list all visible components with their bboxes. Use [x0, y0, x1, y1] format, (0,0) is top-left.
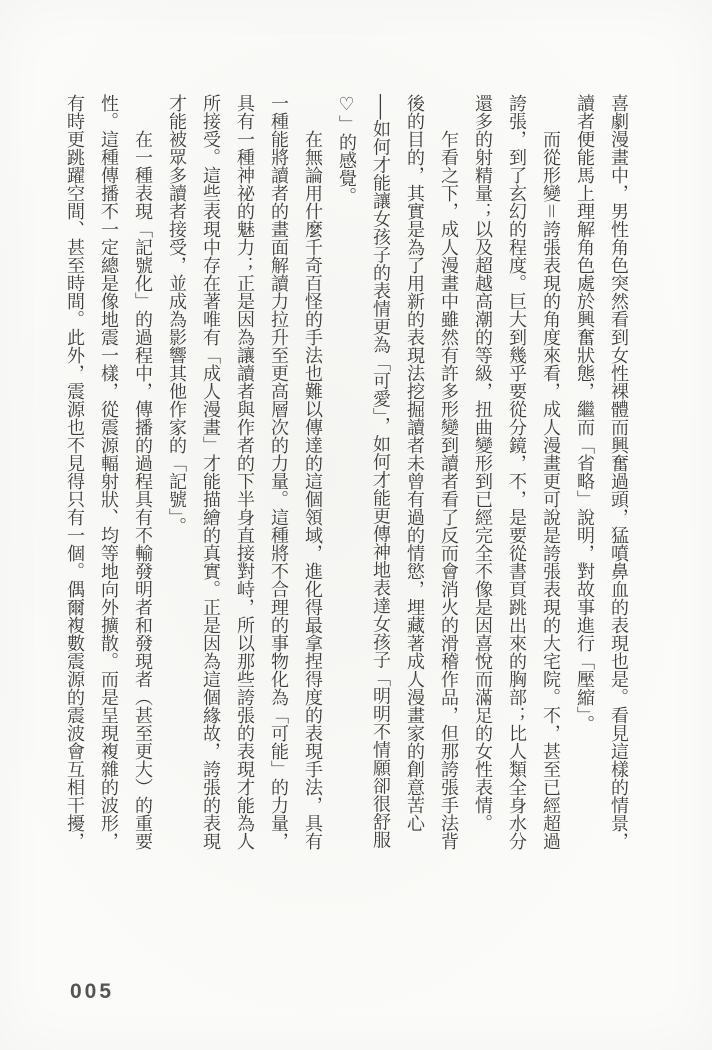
paragraph-1: 喜劇漫畫中，男性角色突然看到女性裸體而興奮過頭，猛噴鼻血的表現也是。看見這樣的情…	[568, 94, 636, 851]
body-text: 喜劇漫畫中，男性角色突然看到女性裸體而興奮過頭，猛噴鼻血的表現也是。看見這樣的情…	[58, 94, 636, 851]
book-page: 喜劇漫畫中，男性角色突然看到女性裸體而興奮過頭，猛噴鼻血的表現也是。看見這樣的情…	[0, 0, 712, 1050]
paragraph-3: 乍看之下，成人漫畫中雖然有許多形變到讀者看了反而會消火的滑稽作品，但那誇張手法背…	[330, 94, 466, 851]
paragraph-5: 在一種表現「記號化」的過程中，傳播的過程具有不輸發明者和發現者（甚至更大）的重要…	[58, 94, 160, 851]
page-number: 005	[70, 980, 114, 1004]
paragraph-2: 而從形變＝誇張表現的角度來看，成人漫畫更可說是誇張表現的大宅院。不，甚至已經超過…	[466, 94, 568, 851]
paragraph-4: 在無論用什麼千奇百怪的手法也難以傳達的這個領域，進化得最拿捏得度的表現手法，具有…	[160, 94, 330, 851]
